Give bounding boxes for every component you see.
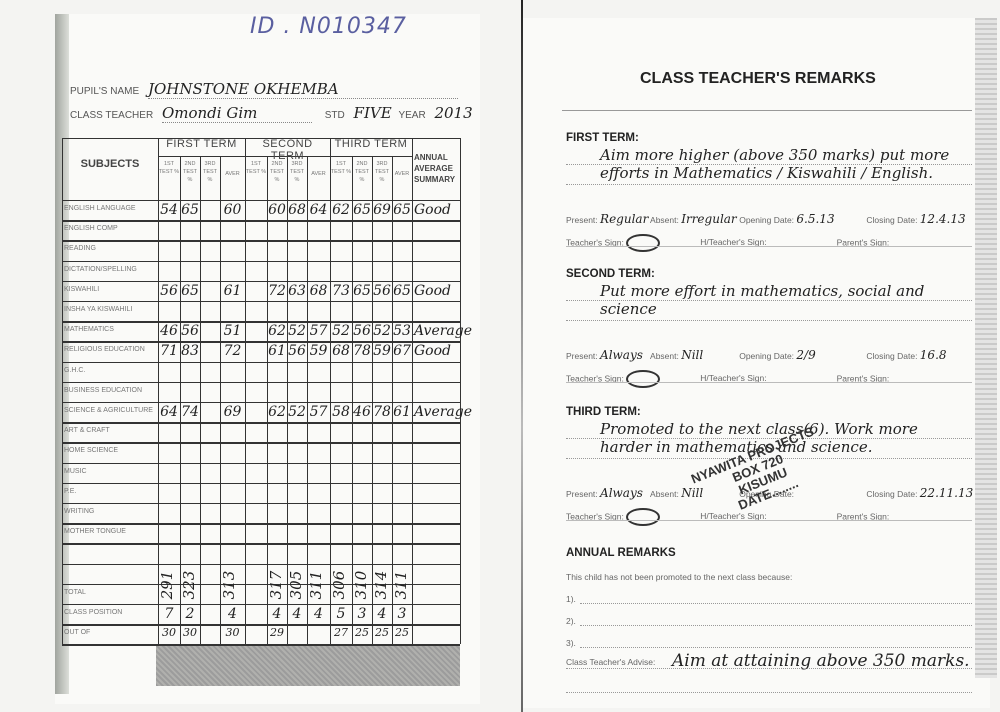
title-rule <box>562 110 972 111</box>
mark-cell: 46 <box>352 404 372 420</box>
annual-summary-cell: Average <box>414 404 474 420</box>
pupil-name-field: PUPIL'S NAME JOHNSTONE OKHEMBA <box>70 80 458 99</box>
reason-2: 2). <box>566 616 576 626</box>
table-hline <box>62 382 460 383</box>
test-column-header: 3RD TEST % <box>372 160 392 184</box>
mark-cell: 7 <box>158 606 180 622</box>
table-hline <box>62 362 460 363</box>
test-column-header: 1ST TEST % <box>245 160 267 176</box>
year-label: YEAR <box>398 110 425 121</box>
mark-cell: 314 <box>372 568 392 602</box>
mark-cell: 61 <box>392 404 412 420</box>
reason-1: 1). <box>566 594 576 604</box>
closing-date-label: Closing Date: <box>866 351 919 361</box>
annual-summary-cell: Good <box>414 283 474 299</box>
closing-date-value: 16.8 <box>920 348 960 362</box>
report-card-right-page <box>522 18 990 708</box>
term-title: FIRST TERM: <box>566 132 639 144</box>
mark-cell: 68 <box>330 343 352 359</box>
present-label: Present: <box>566 489 600 499</box>
absent-label: Absent: <box>650 215 681 225</box>
table-hline <box>62 523 460 524</box>
advise-label: Class Teacher's Advise: <box>566 657 655 667</box>
table-hline <box>62 564 460 565</box>
mark-cell: 310 <box>352 568 372 602</box>
annual-summary-cell: Average <box>414 323 474 339</box>
year-value: 2013 <box>434 104 472 122</box>
mark-cell: 30 <box>180 626 200 639</box>
mark-cell: 78 <box>352 343 372 359</box>
term-title: SECOND TERM: <box>566 268 655 280</box>
subject-label: HOME SCIENCE <box>62 447 160 454</box>
mark-cell: 65 <box>180 202 200 218</box>
mark-cell: 67 <box>392 343 412 359</box>
mark-cell: 52 <box>287 323 307 339</box>
subject-label: RELIGIOUS EDUCATION <box>62 346 160 353</box>
present-value: Always <box>600 486 650 500</box>
absent-value: Nill <box>681 348 739 362</box>
advise-line-1 <box>566 668 972 669</box>
mark-cell: 65 <box>392 202 412 218</box>
subject-label: ENGLISH COMP <box>62 225 160 232</box>
subject-label: MATHEMATICS <box>62 326 160 333</box>
mark-cell: 52 <box>287 404 307 420</box>
mark-cell: 291 <box>158 568 180 602</box>
mark-cell: 53 <box>392 323 412 339</box>
mark-cell: 52 <box>330 323 352 339</box>
mark-cell: 63 <box>287 283 307 299</box>
mark-cell: 4 <box>372 606 392 622</box>
mark-cell: 58 <box>330 404 352 420</box>
mark-cell: 57 <box>307 323 330 339</box>
signature-line <box>566 246 972 247</box>
absent-label: Absent: <box>650 351 681 361</box>
pupil-name-label: PUPIL'S NAME <box>70 86 139 97</box>
mark-cell: 4 <box>220 606 245 622</box>
annual-summary-cell: Good <box>414 202 474 218</box>
closing-date-value: 22.11.13 <box>920 486 973 500</box>
present-label: Present: <box>566 351 600 361</box>
table-hline <box>62 463 460 464</box>
mark-cell: 69 <box>372 202 392 218</box>
mark-cell: 60 <box>267 202 287 218</box>
term-header: THIRD TERM <box>330 138 412 154</box>
mark-cell: 62 <box>267 404 287 420</box>
remark-line-1 <box>566 300 972 301</box>
mark-cell: 62 <box>330 202 352 218</box>
table-hline <box>62 644 460 645</box>
not-promoted-text: This child has not been promoted to the … <box>566 572 792 582</box>
mark-cell: 73 <box>330 283 352 299</box>
std-value: FIVE <box>354 104 392 122</box>
subject-label: BUSINESS EDUCATION <box>62 387 160 394</box>
remark-line-1 <box>566 438 972 439</box>
subject-label: G.H.C. <box>62 367 160 374</box>
advise-line-2 <box>566 692 972 693</box>
table-hline <box>62 442 460 443</box>
table-hline <box>62 261 460 262</box>
signature-row: Teacher's Sign: H/Teacher's Sign:Parent'… <box>566 234 889 252</box>
mark-cell: 65 <box>352 202 372 218</box>
mark-cell: 65 <box>392 283 412 299</box>
mark-cell: 4 <box>287 606 307 622</box>
mark-cell: 71 <box>158 343 180 359</box>
subject-label: KISWAHILI <box>62 286 160 293</box>
attendance-row: Present: AlwaysAbsent: NillOpening Date:… <box>566 348 960 362</box>
mark-cell: 317 <box>267 568 287 602</box>
annual-summary-cell: Good <box>414 343 474 359</box>
mark-cell: 83 <box>180 343 200 359</box>
class-teacher-value: Omondi Gim <box>162 104 312 123</box>
subject-label: MUSIC <box>62 468 160 475</box>
opening-date-value: 2/9 <box>796 348 866 362</box>
mark-cell: 65 <box>180 283 200 299</box>
mark-cell: 30 <box>158 626 180 639</box>
reason-2-line <box>580 625 972 626</box>
test-column-header: 2ND TEST % <box>180 160 200 184</box>
mark-cell: 51 <box>220 323 245 339</box>
mark-cell: 2 <box>180 606 200 622</box>
mark-cell: 56 <box>158 283 180 299</box>
closing-date-value: 12.4.13 <box>920 212 966 226</box>
std-label: STD <box>325 110 345 121</box>
subject-label: READING <box>62 245 160 252</box>
term-header: SECOND TERM <box>245 138 330 154</box>
mark-cell: 323 <box>180 568 200 602</box>
mark-cell: 54 <box>158 202 180 218</box>
mark-cell: 72 <box>220 343 245 359</box>
test-column-header: 3RD TEST % <box>200 160 220 184</box>
subject-label: MOTHER TONGUE <box>62 528 160 535</box>
subject-label: SCIENCE & AGRICULTURE <box>62 407 160 414</box>
mark-cell: 311 <box>392 568 412 602</box>
table-hline <box>62 220 460 221</box>
table-hline <box>62 503 460 504</box>
student-id: ID . N010347 <box>250 14 407 39</box>
advise-text: Aim at attaining above 350 marks. <box>672 648 972 674</box>
remark-line-2 <box>566 320 972 321</box>
table-vline <box>200 156 201 644</box>
mark-cell: 59 <box>307 343 330 359</box>
mark-cell: 56 <box>287 343 307 359</box>
signature-line <box>566 382 972 383</box>
subject-label: ENGLISH LANGUAGE <box>62 205 160 212</box>
mark-cell: 60 <box>220 202 245 218</box>
subject-label: TOTAL <box>62 589 160 596</box>
mark-cell: 64 <box>307 202 330 218</box>
mark-cell: 62 <box>267 323 287 339</box>
test-column-header: AVER <box>307 170 330 178</box>
absent-value: Irregular <box>681 212 739 226</box>
mark-cell: 5 <box>330 606 352 622</box>
table-hline <box>62 483 460 484</box>
mark-cell: 64 <box>158 404 180 420</box>
annual-average-header: ANNUAL AVERAGE SUMMARY <box>414 152 464 185</box>
present-value: Regular <box>600 212 650 226</box>
subject-label: ART & CRAFT <box>62 427 160 434</box>
mark-cell: 29 <box>267 626 287 639</box>
test-column-header: 1ST TEST % <box>330 160 352 176</box>
reason-3: 3). <box>566 638 576 648</box>
table-hline <box>62 301 460 302</box>
subject-label: OUT OF <box>62 629 160 636</box>
closing-date-label: Closing Date: <box>866 489 919 499</box>
mark-cell: 68 <box>287 202 307 218</box>
mark-cell: 305 <box>287 568 307 602</box>
test-column-header: 3RD TEST % <box>287 160 307 184</box>
opening-date-label: Opening Date: <box>739 351 796 361</box>
mark-cell: 46 <box>158 323 180 339</box>
mark-cell: 68 <box>307 283 330 299</box>
test-column-header: 2ND TEST % <box>352 160 372 184</box>
test-column-header: 2ND TEST % <box>267 160 287 184</box>
mark-cell: 52 <box>372 323 392 339</box>
mark-cell: 72 <box>267 283 287 299</box>
mark-cell: 4 <box>307 606 330 622</box>
annual-remarks-title: ANNUAL REMARKS <box>566 547 676 559</box>
teacher-signature-icon <box>626 370 660 388</box>
pupil-name-value: JOHNSTONE OKHEMBA <box>148 80 458 99</box>
mark-cell: 74 <box>180 404 200 420</box>
mark-cell: 78 <box>372 404 392 420</box>
mark-cell: 59 <box>372 343 392 359</box>
mark-cell: 61 <box>220 283 245 299</box>
teacher-signature-icon <box>626 508 660 526</box>
attendance-row: Present: RegularAbsent: IrregularOpening… <box>566 212 966 226</box>
mark-cell: 311 <box>307 568 330 602</box>
mark-cell: 65 <box>352 283 372 299</box>
term-header: FIRST TERM <box>158 138 245 154</box>
closing-date-label: Closing Date: <box>866 215 919 225</box>
mark-cell: 25 <box>372 626 392 639</box>
remark-line-1 <box>566 164 972 165</box>
mark-cell: 25 <box>352 626 372 639</box>
term-title: THIRD TERM: <box>566 406 641 418</box>
mark-cell: 3 <box>352 606 372 622</box>
mark-cell: 69 <box>220 404 245 420</box>
table-hline <box>62 240 460 241</box>
test-column-header: AVER <box>220 170 245 178</box>
mark-cell: 3 <box>392 606 412 622</box>
teacher-field: CLASS TEACHER Omondi Gim STD FIVE YEAR 2… <box>70 104 473 123</box>
remark-line-2 <box>566 184 972 185</box>
table-hline <box>62 422 460 423</box>
table-hline <box>62 543 460 544</box>
signature-line <box>566 520 972 521</box>
teacher-signature-icon <box>626 234 660 252</box>
mark-cell: 61 <box>267 343 287 359</box>
subject-label: WRITING <box>62 508 160 515</box>
class-teacher-label: CLASS TEACHER <box>70 110 153 121</box>
test-column-header: 1ST TEST % <box>158 160 180 176</box>
mark-cell: 313 <box>220 568 245 602</box>
subject-label: P.E. <box>62 488 160 495</box>
mark-cell: 27 <box>330 626 352 639</box>
remarks-title: CLASS TEACHER'S REMARKS <box>640 70 876 88</box>
mark-cell: 306 <box>330 568 352 602</box>
present-value: Always <box>600 348 650 362</box>
mark-cell: 25 <box>392 626 412 639</box>
mark-cell: 56 <box>372 283 392 299</box>
test-column-header: AVER <box>392 170 412 178</box>
opening-date-label: Opening Date: <box>739 215 796 225</box>
subject-label: DICTATION/SPELLING <box>62 266 160 273</box>
mark-cell: 57 <box>307 404 330 420</box>
marks-table: SUBJECTS ANNUAL AVERAGE SUMMARY FIRST TE… <box>62 138 460 686</box>
mark-cell: 56 <box>352 323 372 339</box>
mark-cell: 30 <box>220 626 245 639</box>
right-page-edge <box>975 18 997 678</box>
reason-1-line <box>580 603 972 604</box>
binding-spine <box>521 0 523 712</box>
subjects-header: SUBJECTS <box>62 158 158 170</box>
mark-cell: 4 <box>267 606 287 622</box>
present-label: Present: <box>566 215 600 225</box>
table-vline <box>245 138 246 644</box>
subject-label: INSHA YA KISWAHILI <box>62 306 160 313</box>
absent-label: Absent: <box>650 489 681 499</box>
signature-row: Teacher's Sign: H/Teacher's Sign:Parent'… <box>566 370 889 388</box>
mark-cell: 56 <box>180 323 200 339</box>
subject-label: CLASS POSITION <box>62 609 160 616</box>
opening-date-value: 6.5.13 <box>796 212 866 226</box>
shaded-area <box>156 646 460 686</box>
